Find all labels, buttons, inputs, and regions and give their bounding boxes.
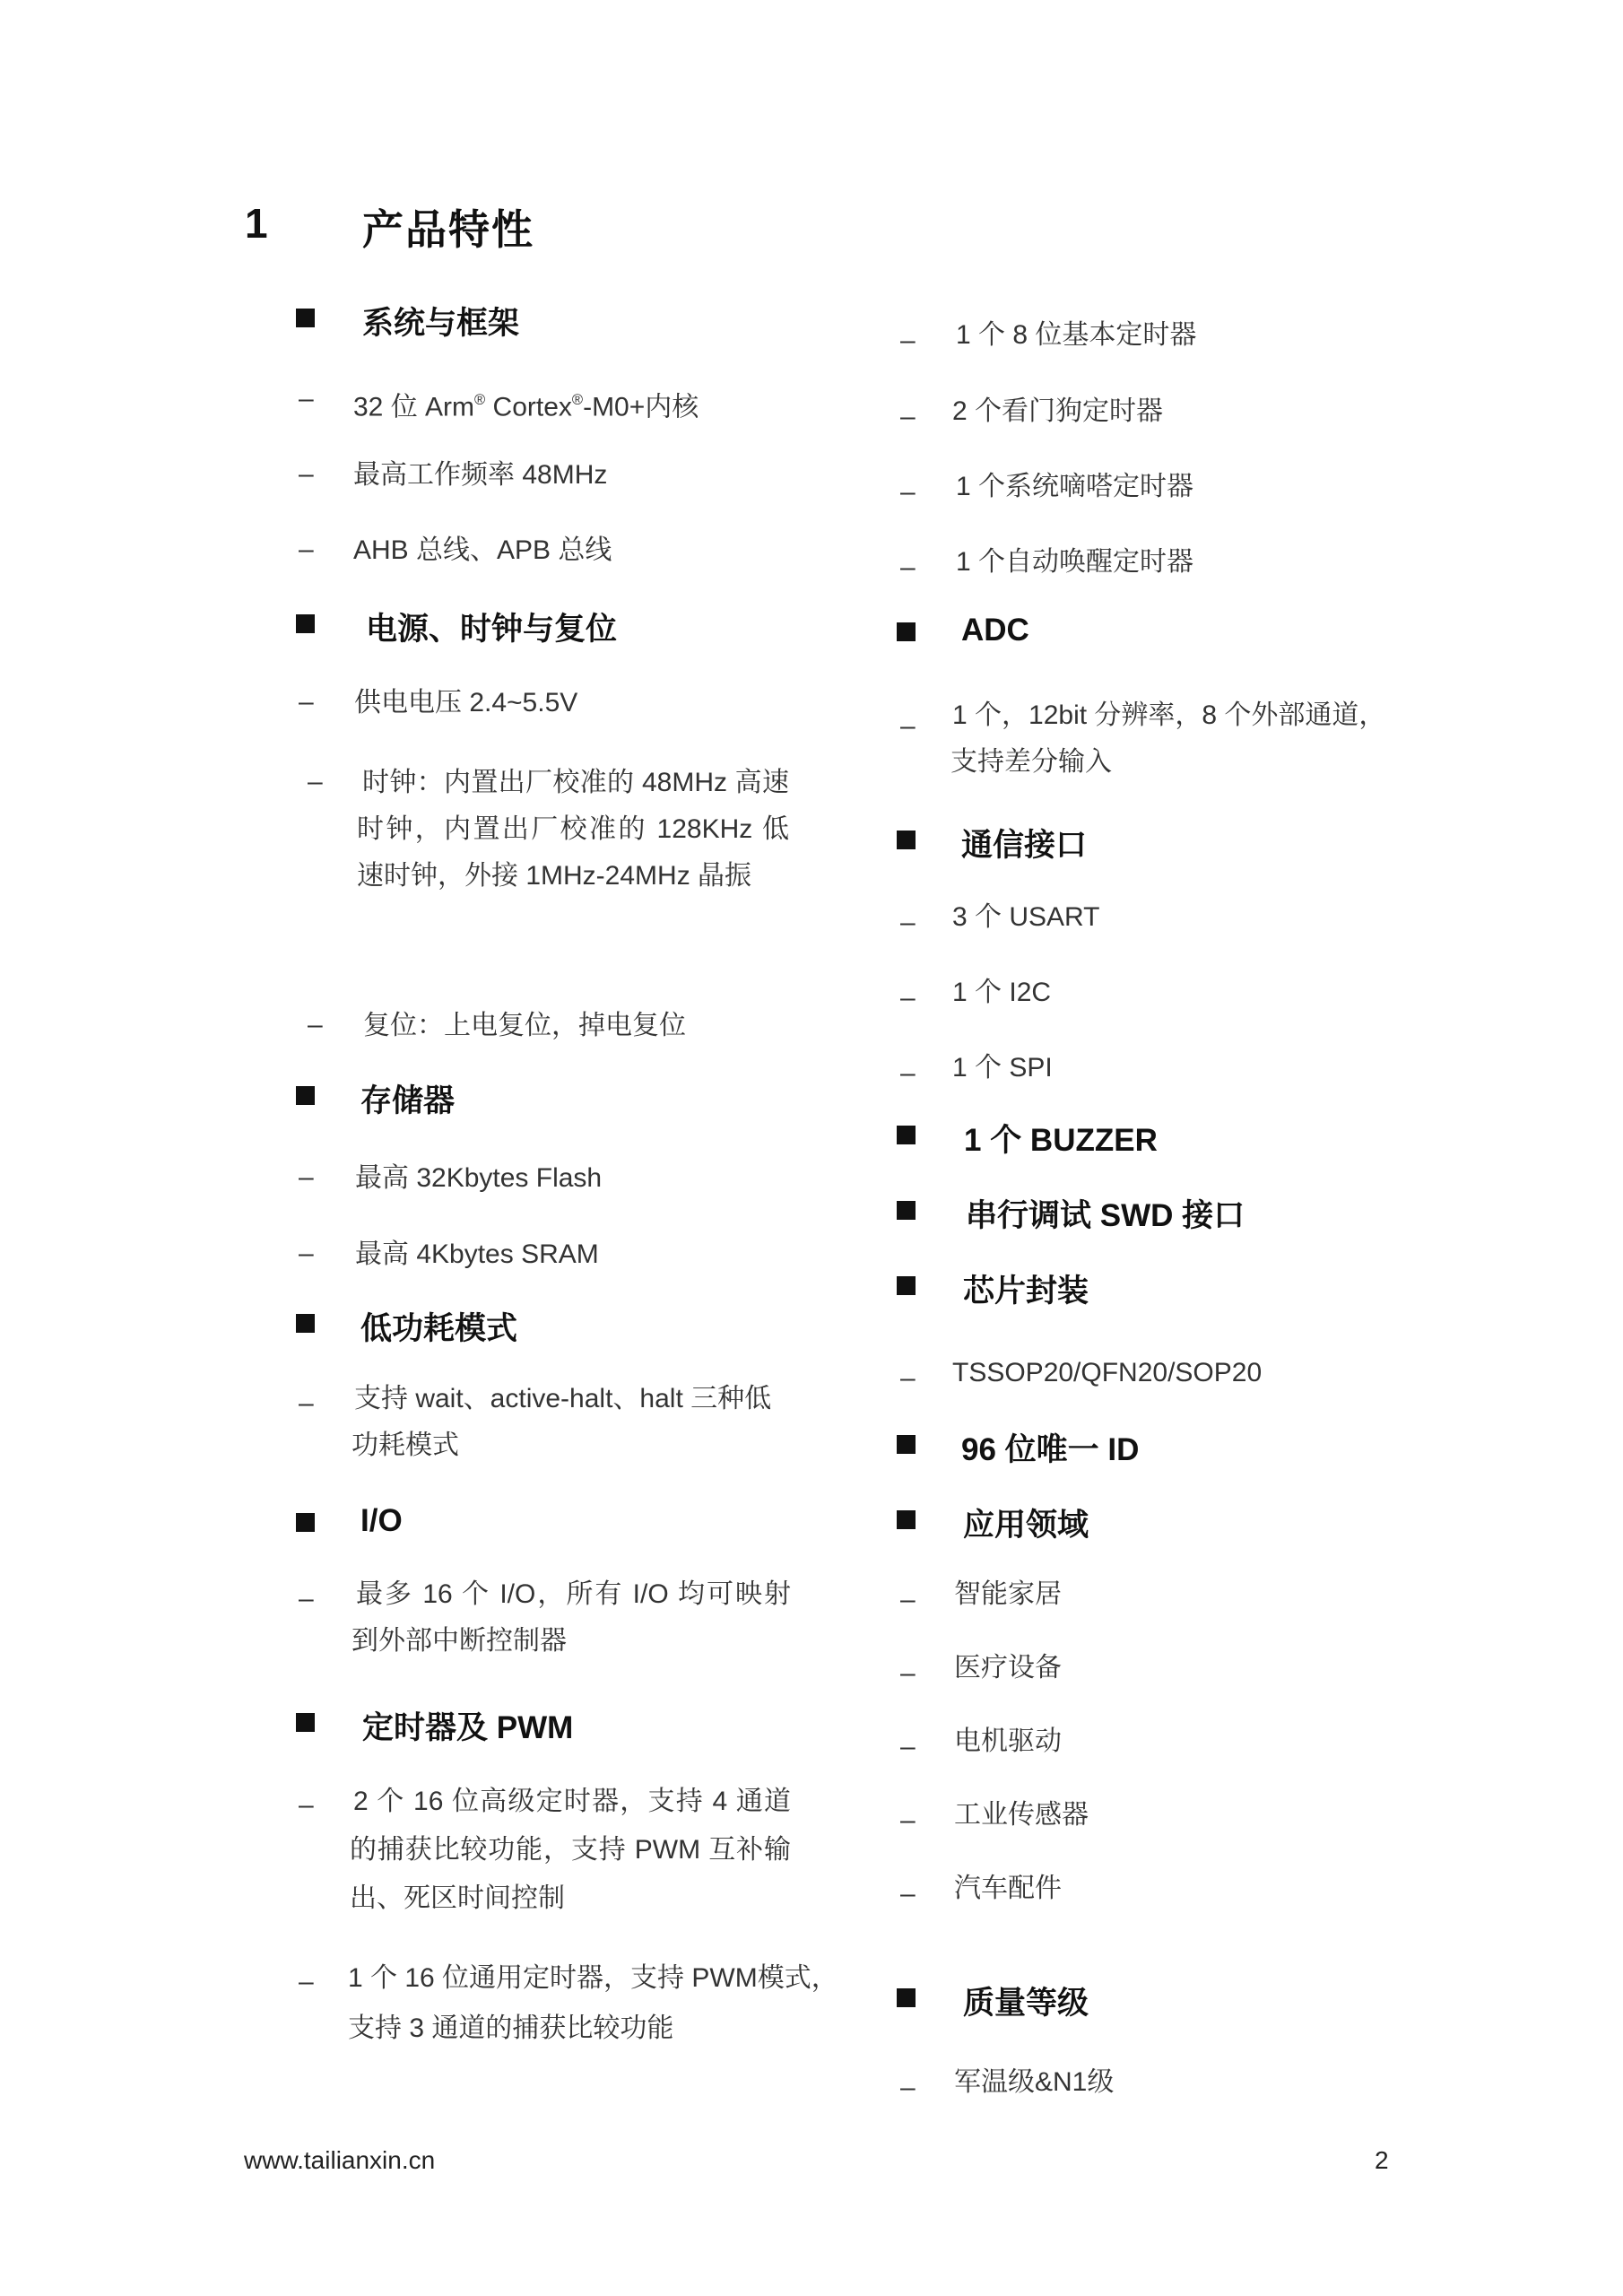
square-bullet-icon (897, 1510, 916, 1529)
dash-bullet-icon: – (900, 2073, 916, 2103)
dash-bullet-icon: – (900, 552, 916, 583)
dash-bullet-icon: – (299, 687, 314, 717)
list-item: 1 个 I2C (952, 970, 1051, 1016)
section-heading: 定时器及 PWM (362, 1703, 573, 1748)
list-item: 1 个 8 位基本定时器 (956, 312, 1196, 359)
section-heading: ADC (961, 613, 1029, 648)
list-item: 供电电压 2.4~5.5V (354, 680, 577, 726)
dash-bullet-icon: – (900, 1658, 916, 1689)
dash-bullet-icon: – (900, 983, 916, 1013)
section-heading: 应用领域 (963, 1500, 1089, 1545)
square-bullet-icon (897, 1201, 916, 1220)
list-item: 最多 16 个 I/O，所有 I/O 均可映射到外部中断控制器 (352, 1571, 791, 1665)
dash-bullet-icon: – (308, 767, 323, 797)
dash-bullet-icon: – (900, 326, 916, 356)
square-bullet-icon (296, 309, 315, 327)
square-bullet-icon (296, 614, 315, 633)
section-heading: 存储器 (360, 1076, 455, 1121)
list-item: 1 个系统嘀嗒定时器 (956, 464, 1193, 510)
page-number: 2 (1375, 2146, 1389, 2175)
list-item: 2 个看门狗定时器 (952, 388, 1163, 435)
dash-bullet-icon: – (900, 402, 916, 432)
list-item: 32 位 Arm® Cortex®-M0+内核 (353, 377, 699, 430)
square-bullet-icon (897, 1435, 916, 1454)
square-bullet-icon (897, 1276, 916, 1295)
dash-bullet-icon: – (900, 477, 916, 508)
list-item: 汽车配件 (954, 1865, 1062, 1912)
dash-bullet-icon: – (299, 1967, 314, 1997)
list-item: 时钟：内置出厂校准的 48MHz 高速时钟，内置出厂校准的 128KHz 低速时… (357, 760, 789, 900)
list-item: 最高 4Kbytes SRAM (355, 1231, 599, 1278)
section-number: 1 (245, 199, 268, 248)
list-item: 复位：上电复位，掉电复位 (363, 1003, 686, 1049)
list-item: TSSOP20/QFN20/SOP20 (952, 1350, 1262, 1396)
list-item: 工业传感器 (954, 1792, 1089, 1839)
section-heading: 系统与框架 (362, 299, 519, 344)
list-item: 最高 32Kbytes Flash (355, 1155, 602, 1202)
section-heading: 芯片封装 (963, 1266, 1089, 1311)
section-heading: 电源、时钟与复位 (366, 604, 617, 649)
dash-bullet-icon: – (299, 1388, 314, 1419)
list-item: 2 个 16 位高级定时器，支持 4 通道的捕获比较功能，支持 PWM 互补输出… (350, 1778, 791, 1923)
dash-bullet-icon: – (299, 1162, 314, 1193)
list-item: 1 个 16 位通用定时器，支持 PWM模式，支持 3 通道的捕获比较功能 (348, 1953, 850, 2054)
dash-bullet-icon: – (900, 908, 916, 938)
dash-bullet-icon: – (900, 711, 916, 742)
list-item: 智能家居 (954, 1571, 1062, 1618)
list-item: 1 个自动唤醒定时器 (956, 539, 1193, 586)
section-heading: I/O (360, 1503, 403, 1539)
footer-website-link[interactable]: www.tailianxin.cn (244, 2146, 435, 2175)
square-bullet-icon (897, 831, 916, 849)
square-bullet-icon (296, 1314, 315, 1333)
square-bullet-icon (296, 1086, 315, 1105)
dash-bullet-icon: – (900, 1805, 916, 1836)
section-heading: 串行调试 SWD 接口 (966, 1191, 1245, 1236)
dash-bullet-icon: – (299, 459, 314, 490)
list-item: 1 个，12bit 分辨率，8 个外部通道，支持差分输入 (950, 692, 1390, 786)
list-item: 支持 wait、active-halt、halt 三种低功耗模式 (352, 1376, 791, 1469)
dash-bullet-icon: – (299, 1584, 314, 1614)
square-bullet-icon (296, 1513, 315, 1532)
dash-bullet-icon: – (900, 1058, 916, 1089)
dash-bullet-icon: – (900, 1732, 916, 1762)
dash-bullet-icon: – (900, 1585, 916, 1615)
list-item: 医疗设备 (954, 1645, 1062, 1692)
dash-bullet-icon: – (900, 1363, 916, 1394)
list-item: 3 个 USART (952, 894, 1100, 941)
section-heading: 质量等级 (963, 1979, 1089, 2023)
section-heading: 低功耗模式 (360, 1304, 517, 1349)
dash-bullet-icon: – (299, 1790, 314, 1821)
section-heading: 96 位唯一 ID (961, 1425, 1139, 1470)
list-item: AHB 总线、APB 总线 (353, 527, 612, 574)
dash-bullet-icon: – (299, 1239, 314, 1269)
dash-bullet-icon: – (299, 535, 314, 565)
square-bullet-icon (897, 1988, 916, 2007)
list-item: 最高工作频率 48MHz (353, 452, 607, 499)
section-heading: 通信接口 (961, 821, 1087, 865)
section-heading: 1 个 BUZZER (964, 1116, 1158, 1161)
dash-bullet-icon: – (299, 384, 314, 414)
list-item: 军温级&N1级 (954, 2059, 1114, 2106)
square-bullet-icon (897, 622, 916, 641)
square-bullet-icon (296, 1713, 315, 1732)
list-item: 电机驱动 (954, 1718, 1062, 1765)
list-item: 1 个 SPI (952, 1045, 1053, 1091)
square-bullet-icon (897, 1126, 916, 1144)
dash-bullet-icon: – (900, 1879, 916, 1909)
dash-bullet-icon: – (308, 1010, 323, 1040)
page-title: 产品特性 (362, 197, 534, 257)
